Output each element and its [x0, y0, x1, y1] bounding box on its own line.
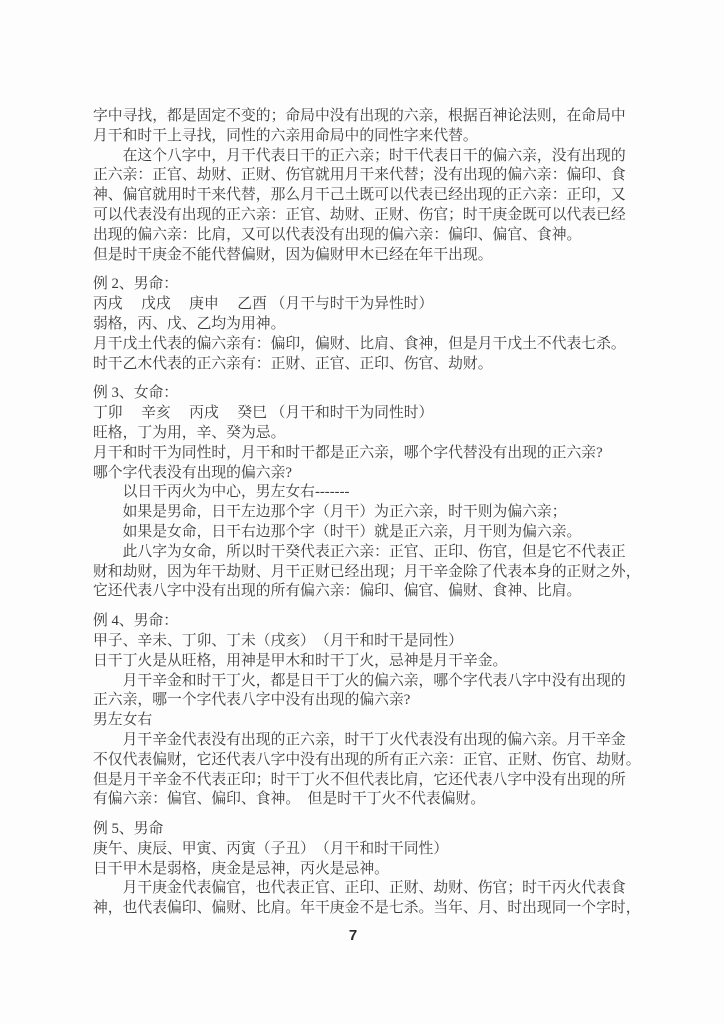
text-line: 月干辛金代表没有出现的正六亲，时干丁火代表没有出现的偏六亲。月干辛金 — [93, 731, 641, 751]
text-line: 旺格，丁为用，辛、癸为忌。 — [93, 424, 641, 444]
pillars-line: 丙戌 戊戌 庚申 乙酉 （月干与时干为异性时） — [93, 295, 641, 315]
pillars-line: 庚午、庚辰、甲寅、丙寅（子丑） （月干和时干同性） — [93, 840, 641, 860]
text-line: 月干和时干上寻找，同性的六亲用命局中的同性字来代替。 — [93, 127, 641, 147]
text-line: 日干丁火是从旺格，用神是甲木和时干丁火，忌神是月干辛金。 — [93, 652, 641, 672]
example-heading: 例 3、女命： — [93, 384, 641, 404]
text-line: 男左女右 — [93, 711, 641, 731]
text-line: 月干戊土代表的偏六亲有：偏印，偏财、比肩、食神，但是月干戊土不代表七杀。 — [93, 335, 641, 355]
text-line: 不仅代表偏财，它还代表八字中没有出现的所有正六亲：正官、正财、伤官、劫财。 — [93, 751, 641, 771]
text-line: 月干和时干为同性时，月干和时干都是正六亲，哪个字代替没有出现的正六亲? — [93, 444, 641, 464]
paragraph-block-example-3: 例 3、女命： 丁卯 辛亥 丙戌 癸巳 （月干和时干为同性时） 旺格，丁为用，辛… — [93, 384, 641, 602]
paragraph-block-example-5: 例 5、男命 庚午、庚辰、甲寅、丙寅（子丑） （月干和时干同性） 日干甲木是弱格… — [93, 820, 641, 919]
text-line: 日干甲木是弱格，庚金是忌神，丙火是忌神。 — [93, 860, 641, 880]
text-line: 如果是男命，日干左边那个字（月干）为正六亲，时干则为偏六亲； — [93, 503, 641, 523]
example-heading: 例 2、男命： — [93, 275, 641, 295]
example-heading: 例 5、男命 — [93, 820, 641, 840]
paragraph-block-example-4: 例 4、男命： 甲子、辛未、丁卯、丁未（戌亥） （月干和时干是同性） 日干丁火是… — [93, 612, 641, 810]
text-line: 可以代表没有出现的正六亲：正官、劫财、正财、伤官；时干庚金既可以代表已经 — [93, 206, 641, 226]
text-line: 月干辛金和时干丁火，都是日干丁火的偏六亲，哪个字代表八字中没有出现的 — [93, 672, 641, 692]
paragraph-block-example-2: 例 2、男命： 丙戌 戊戌 庚申 乙酉 （月干与时干为异性时） 弱格，丙、戊、乙… — [93, 275, 641, 374]
text-line: 神，也代表偏印、偏财、比肩。年干庚金不是七杀。当年、月、时出现同一个字时， — [93, 899, 641, 919]
text-line: 它还代表八字中没有出现的所有偏六亲：偏印、偏官、偏财、食神、比肩。 — [93, 582, 641, 602]
text-line: 出现的偏六亲：比肩，又可以代表没有出现的偏六亲：偏印、偏官、食神。 — [93, 226, 641, 246]
page-number: 7 — [93, 926, 641, 946]
text-line: 此八字为女命，所以时干癸代表正六亲：正官、正印、伤官，但是它不代表正 — [93, 543, 641, 563]
text-line: 字中寻找，都是固定不变的；命局中没有出现的六亲，根据百神论法则，在命局中 — [93, 107, 641, 127]
text-line: 神、偏官就用时干来代替，那么月干己土既可以代表已经出现的正六亲：正印，又 — [93, 186, 641, 206]
pillars-line: 丁卯 辛亥 丙戌 癸巳 （月干和时干为同性时） — [93, 404, 641, 424]
text-line: 哪个字代表没有出现的偏六亲? — [93, 464, 641, 484]
text-line: 正六亲，哪一个字代表八字中没有出现的偏六亲? — [93, 691, 641, 711]
paragraph-block-intro: 字中寻找，都是固定不变的；命局中没有出现的六亲，根据百神论法则，在命局中 月干和… — [93, 107, 641, 265]
text-line: 月干庚金代表偏官，也代表正官、正印、正财、劫财、伤官；时干丙火代表食 — [93, 879, 641, 899]
example-heading: 例 4、男命： — [93, 612, 641, 632]
text-line: 以日干丙火为中心，男左女右------- — [93, 483, 641, 503]
pillars-line: 甲子、辛未、丁卯、丁未（戌亥） （月干和时干是同性） — [93, 632, 641, 652]
document-page: 字中寻找，都是固定不变的；命局中没有出现的六亲，根据百神论法则，在命局中 月干和… — [0, 0, 724, 1024]
text-line: 在这个八字中，月干代表日干的正六亲；时干代表日干的偏六亲，没有出现的 — [93, 147, 641, 167]
text-line: 如果是女命，日干右边那个字（时干）就是正六亲，月干则为偏六亲。 — [93, 523, 641, 543]
text-line: 有偏六亲：偏官、偏印、食神。 但是时干丁火不代表偏财。 — [93, 790, 641, 810]
text-line: 正六亲：正官、劫财、正财、伤官就用月干来代替；没有出现的偏六亲：偏印、食 — [93, 166, 641, 186]
text-line: 但是月干辛金不代表正印；时干丁火不但代表比肩，它还代表八字中没有出现的所 — [93, 771, 641, 791]
text-line: 财和劫财，因为年干劫财、月干正财已经出现；月干辛金除了代表本身的正财之外， — [93, 563, 641, 583]
text-line: 弱格，丙、戊、乙均为用神。 — [93, 315, 641, 335]
content-area: 字中寻找，都是固定不变的；命局中没有出现的六亲，根据百神论法则，在命局中 月干和… — [93, 107, 641, 946]
text-line: 时干乙木代表的正六亲有：正财、正官、正印、伤官、劫财。 — [93, 355, 641, 375]
text-line: 但是时干庚金不能代替偏财，因为偏财甲木已经在年干出现。 — [93, 246, 641, 266]
